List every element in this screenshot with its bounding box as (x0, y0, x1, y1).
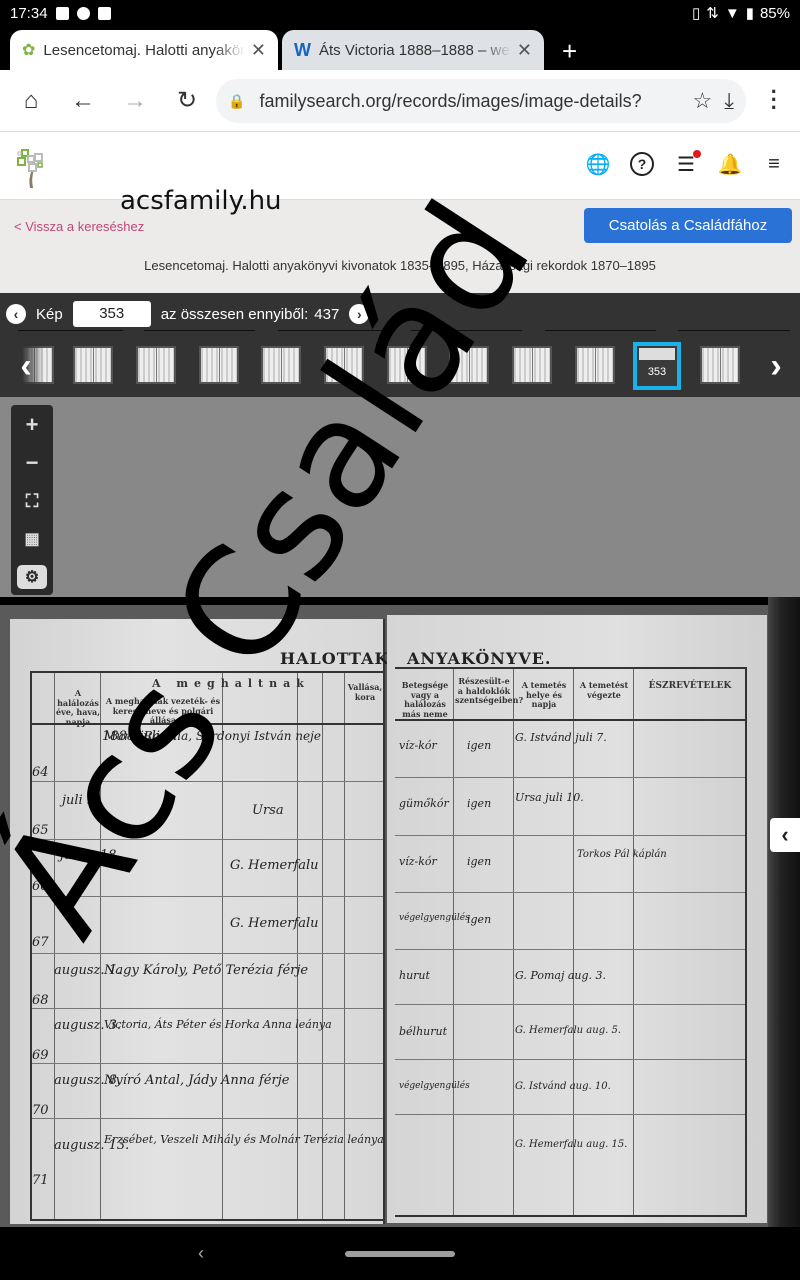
battery-level: 85% (760, 5, 790, 22)
thumbnails-next-icon[interactable]: › (758, 344, 794, 388)
next-image-icon[interactable]: › (349, 304, 369, 324)
fit-screen-icon[interactable]: ⛶ (17, 489, 47, 513)
image-canvas-background (0, 397, 800, 597)
ledger-table-left: A meghaltnak A halálozás éve, hava, napj… (30, 671, 385, 1221)
zoom-out-icon[interactable]: − (17, 451, 47, 475)
image-viewer-toolbar: ‹ Kép 353 az összesen ennyiből: 437 › 35… (0, 293, 800, 397)
image-pager: ‹ Kép 353 az összesen ennyiből: 437 › (6, 301, 369, 327)
image-number-input[interactable]: 353 (73, 301, 151, 327)
image-icon (56, 7, 69, 20)
bell-icon[interactable]: 🔔 (718, 152, 742, 176)
grid-view-icon[interactable]: ▦ (17, 527, 47, 551)
tab-wikitree[interactable]: W Áts Victoria 1888–1888 – web ✕ (282, 30, 544, 70)
previous-image-icon[interactable]: ‹ (6, 304, 26, 324)
wikitree-w-icon: W (294, 40, 311, 61)
back-to-search-link[interactable]: < Vissza a kereséshez (14, 219, 144, 234)
tab-title: Áts Victoria 1888–1888 – web (319, 42, 511, 59)
zoom-in-icon[interactable]: + (17, 413, 47, 437)
overlay-watermark-text: acsfamily.hu (120, 186, 282, 216)
familysearch-tree-icon: ✿ (22, 40, 35, 60)
address-bar[interactable]: 🔒 familysearch.org/records/images/image-… (216, 79, 746, 123)
browser-menu-icon[interactable]: ··· (771, 88, 778, 112)
record-image[interactable]: HALOTTAK A meghaltnak A halálozás éve, h… (0, 597, 800, 1227)
chat-icon (77, 7, 90, 20)
browser-toolbar: ⌂ ← → ↻ 🔒 familysearch.org/records/image… (0, 70, 800, 132)
total-images: 437 (314, 306, 339, 323)
close-tab-icon[interactable]: ✕ (251, 40, 266, 61)
familysearch-logo[interactable] (16, 148, 48, 188)
thumbnail[interactable] (449, 346, 489, 384)
image-label: Kép (36, 306, 63, 323)
attach-to-tree-button[interactable]: Csatolás a Családfához (584, 208, 792, 243)
download-icon[interactable]: ⤓ (724, 88, 734, 114)
home-icon[interactable]: ⌂ (5, 87, 57, 115)
zoom-controls: + − ⛶ ▦ ⚙ (11, 405, 53, 595)
thumbnail[interactable] (575, 346, 615, 384)
thumbnail[interactable] (324, 346, 364, 384)
help-icon[interactable]: ? (630, 152, 654, 176)
forward-arrow-icon[interactable]: → (109, 87, 161, 115)
edit-icon (98, 7, 111, 20)
ledger-left-page: HALOTTAK A meghaltnak A halálozás éve, h… (10, 619, 385, 1224)
wifi-icon: ▼ (725, 5, 740, 22)
image-adjust-icon[interactable]: ⚙ (17, 565, 47, 589)
thumbnail-strip: 353 ‹ › (0, 342, 800, 384)
clock: 17:34 (10, 5, 48, 22)
hamburger-menu-icon[interactable]: ≡ (762, 152, 786, 176)
thumbnails-prev-icon[interactable]: ‹ (8, 344, 44, 388)
url-text[interactable]: familysearch.org/records/images/image-de… (259, 91, 680, 112)
thumbnail[interactable] (73, 346, 113, 384)
home-gesture-bar[interactable] (345, 1251, 455, 1257)
battery-icon: ▮ (746, 4, 754, 22)
left-page-heading: HALOTTAK (280, 649, 389, 668)
back-arrow-icon[interactable]: ← (57, 87, 109, 115)
data-arrows-icon: ⇅ (706, 4, 719, 22)
right-page-heading: ANYAKÖNYVE. (407, 649, 552, 668)
open-side-panel-icon[interactable]: ‹ (770, 818, 800, 852)
close-tab-icon[interactable]: ✕ (517, 40, 532, 61)
notification-badge (693, 150, 701, 158)
vibrate-icon: ▯ (692, 4, 700, 22)
tab-familysearch[interactable]: ✿ Lesencetomaj. Halotti anyakönyvi kivon… (10, 30, 278, 70)
messages-icon[interactable]: ☰ (674, 152, 698, 176)
collection-title: Lesencetomaj. Halotti anyakönyvi kivonat… (0, 258, 800, 273)
thumbnail[interactable] (261, 346, 301, 384)
thumbnail[interactable] (700, 346, 740, 384)
thumbnail-selected[interactable]: 353 (633, 342, 681, 390)
new-tab-button[interactable]: + (562, 36, 577, 67)
tab-title: Lesencetomaj. Halotti anyakönyvi kivonat… (43, 42, 245, 59)
reload-icon[interactable]: ↻ (161, 86, 213, 115)
thumbnail[interactable] (136, 346, 176, 384)
bookmark-star-icon[interactable]: ☆ (693, 88, 713, 114)
ledger-table-right: Betegsége vagy a halálozás más neme Rész… (395, 667, 747, 1217)
thumbnail[interactable] (387, 346, 427, 384)
system-navigation-bar: ‹ (0, 1227, 800, 1280)
thumbnail[interactable] (199, 346, 239, 384)
ledger-right-page: ANYAKÖNYVE. Betegsége vagy a halálozás m… (387, 615, 767, 1223)
browser-tab-strip: ✿ Lesencetomaj. Halotti anyakönyvi kivon… (0, 26, 800, 70)
thumbnail[interactable] (512, 346, 552, 384)
of-total-label: az összesen ennyiből: (161, 306, 309, 323)
globe-icon[interactable]: 🌐 (586, 152, 610, 176)
lock-icon: 🔒 (228, 93, 245, 110)
system-back-icon[interactable]: ‹ (198, 1243, 204, 1264)
thumbnail-number: 353 (648, 366, 666, 378)
thumb-dividers (0, 330, 800, 332)
status-bar: 17:34 ▯ ⇅ ▼ ▮ 85% (0, 0, 800, 26)
